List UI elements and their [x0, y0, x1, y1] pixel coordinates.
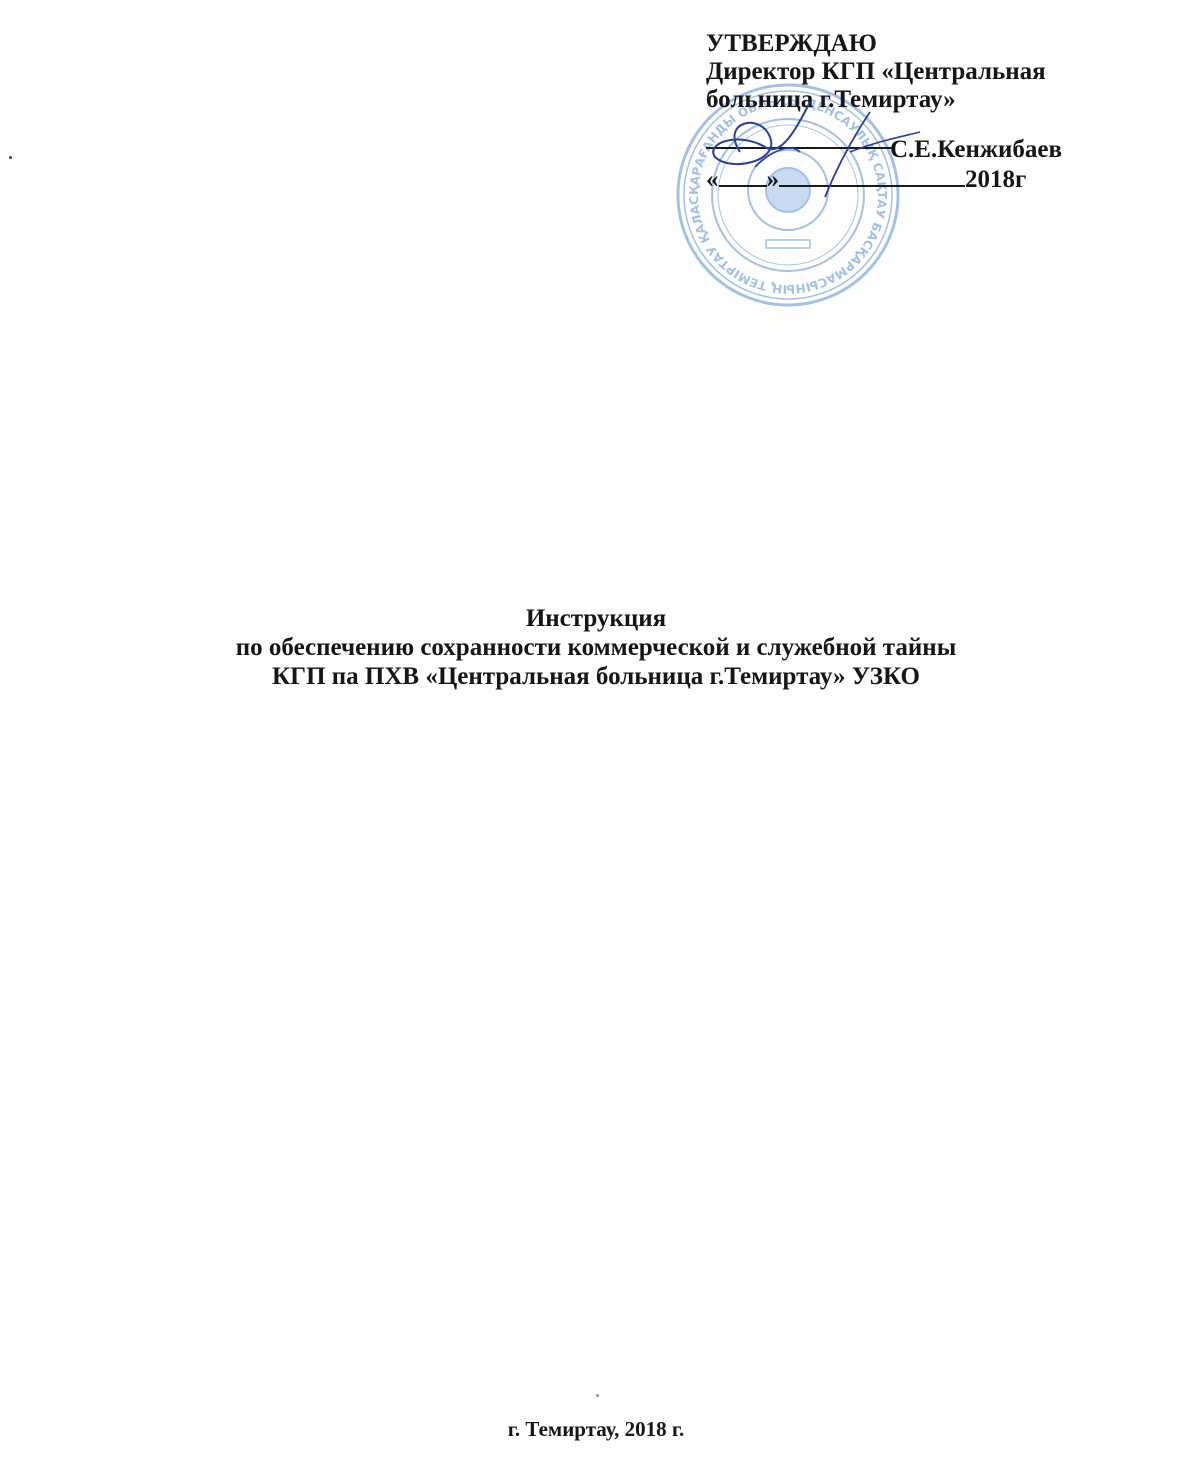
approver-position-line1: Директор КГП «Центральная [706, 58, 1146, 86]
date-year: 2018г [965, 166, 1026, 193]
footer-place-date: г. Темиртау, 2018 г. [0, 1417, 1192, 1442]
document-title-block: Инструкция по обеспечению сохранности ко… [0, 604, 1192, 691]
handwritten-signature [700, 92, 930, 202]
scan-speck [9, 156, 12, 159]
document-subtitle-line1: по обеспечению сохранности коммерческой … [0, 633, 1192, 662]
scan-speck [596, 1394, 599, 1397]
document-subtitle-line2: КГП па ПХВ «Центральная больница г.Темир… [0, 662, 1192, 691]
approval-heading: УТВЕРЖДАЮ [706, 30, 1146, 58]
document-page: ҚАРАҒАНДЫ ОБЛЫСЫ ДЕНСАУЛЫҚ САҚТАУ БАСҚАР… [0, 0, 1192, 1471]
document-title: Инструкция [0, 604, 1192, 633]
